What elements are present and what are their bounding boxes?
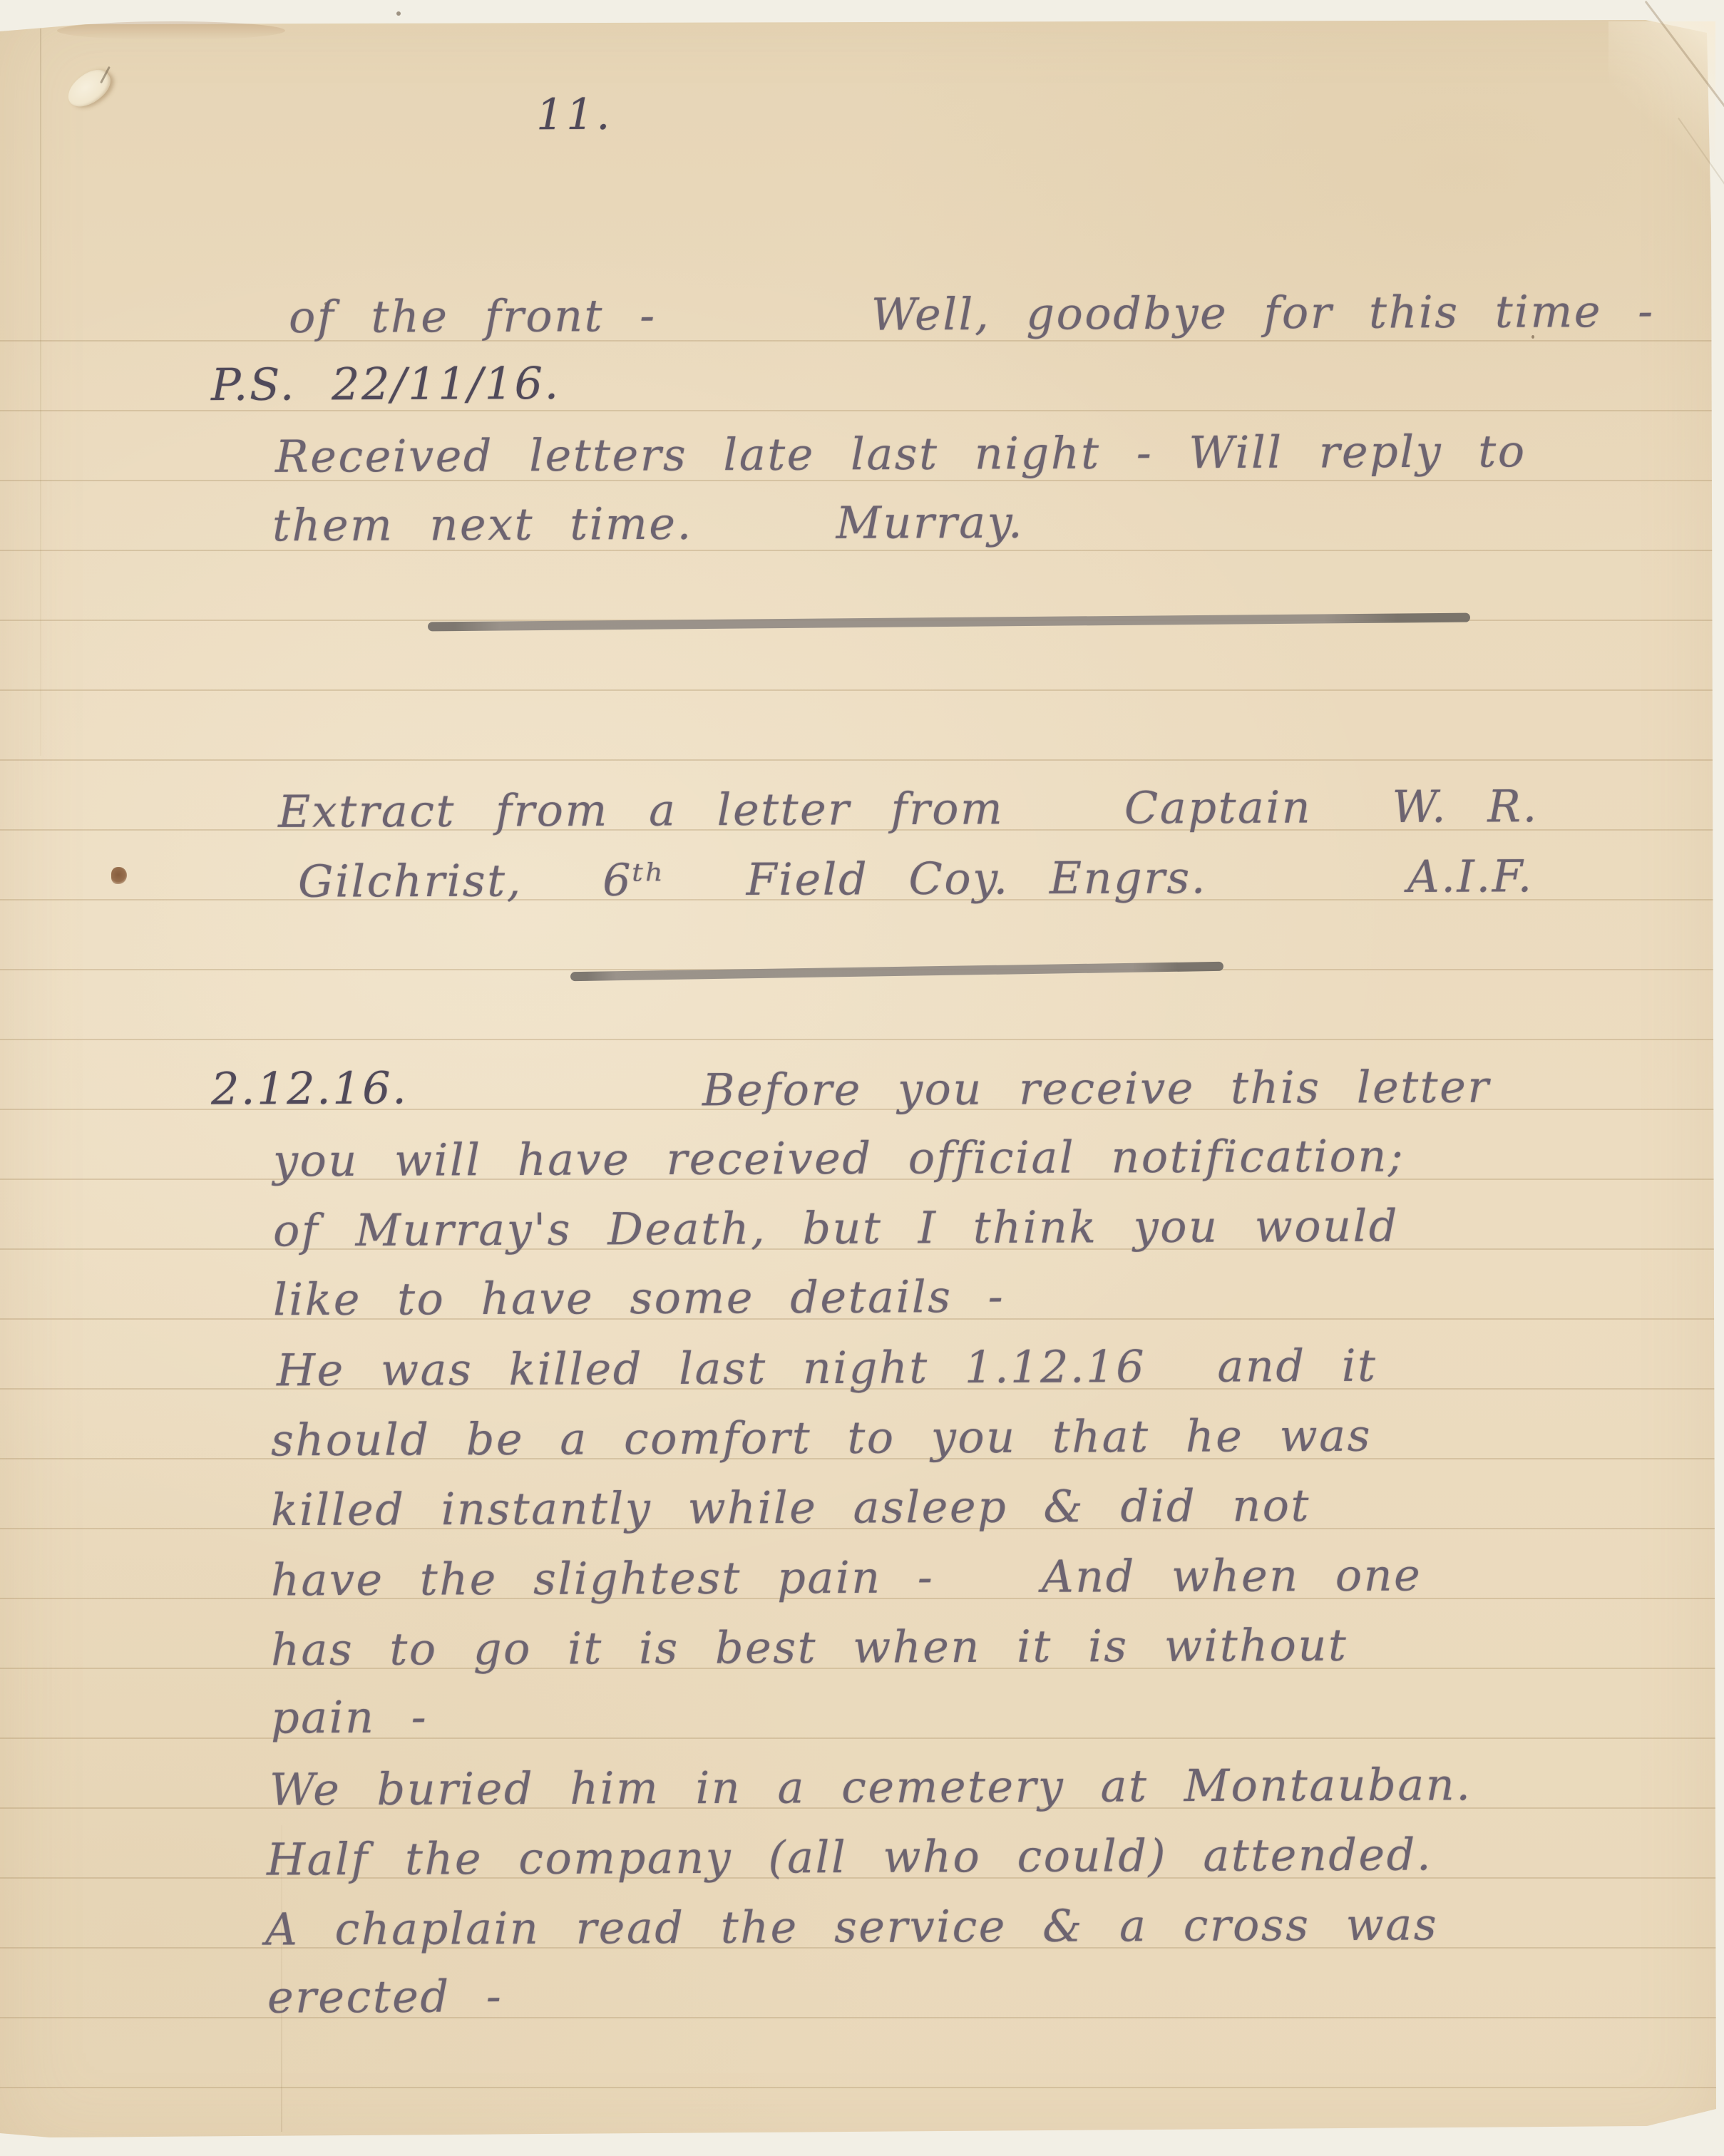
handwriting-line: have the slightest pain - And when one: [271, 1544, 1422, 1611]
extract-heading-line: Gilchrist, 6ᵗʰ Field Coy. Engrs. A.I.F.: [298, 846, 1534, 913]
handwriting-line: We buried him in a cemetery at Montauban…: [270, 1754, 1472, 1820]
handwriting-line: erected -: [267, 1966, 503, 2028]
left-vertical-crease: [40, 29, 41, 756]
handwriting-line-postscript-date: P.S. 22/11/16.: [211, 353, 560, 416]
handwriting-line: pain -: [271, 1687, 428, 1749]
handwriting-line: has to go it is best when it is without: [271, 1615, 1348, 1681]
handwriting-line: A chaplain read the service & a cross wa…: [265, 1894, 1438, 1960]
top-edge-stain: [57, 21, 285, 40]
handwriting-line: Received letters late last night - Will …: [275, 421, 1527, 488]
handwriting-line: He was killed last night 1.12.16 and it: [277, 1335, 1377, 1402]
dust-speck: [396, 11, 401, 16]
handwriting-line: should be a comfort to you that he was: [271, 1405, 1372, 1472]
handwriting-line-signature: them next time. Murray.: [272, 492, 1025, 557]
handwriting-line: Before you receive this letter: [702, 1057, 1491, 1121]
handwriting-line: of the front - Well, goodbye for this ti…: [289, 281, 1655, 348]
handwriting-line: you will have received official notifica…: [273, 1126, 1405, 1192]
page-number: 11.: [536, 84, 613, 145]
handwriting-line: of Murray's Death, but I think you would: [273, 1196, 1399, 1262]
handwriting-line: like to have some details -: [273, 1266, 1005, 1330]
folded-corner: [1608, 21, 1715, 235]
handwriting-line: Half the company (all who could) attende…: [267, 1824, 1432, 1890]
extract-heading-line: Extract from a letter from Captain W. R.: [278, 776, 1539, 843]
handwriting-line: killed instantly while asleep & did not: [271, 1475, 1310, 1541]
letter-date: 2.12.16.: [211, 1057, 409, 1119]
